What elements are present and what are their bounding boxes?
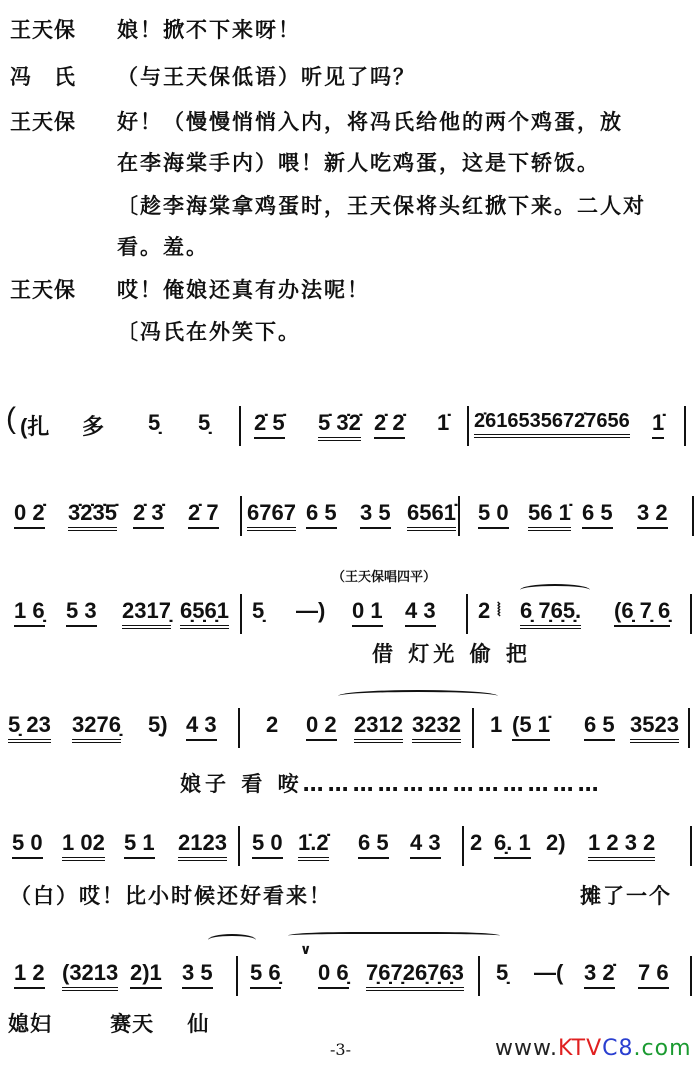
note-token: 2123 xyxy=(178,830,227,861)
note-token: (扎 xyxy=(20,410,49,441)
dialogue-text: 娘！掀不下来呀！ xyxy=(117,14,301,44)
note-token: 1 2 3 2 xyxy=(588,830,655,861)
barline xyxy=(690,956,692,996)
note-token: 5 3 xyxy=(66,598,97,627)
note-token: 6561̇ xyxy=(407,500,456,531)
note-token: 2̇616535672̇7656 xyxy=(474,410,630,438)
dialogue-line: 王天保 哎！俺娘还真有办法呢！ xyxy=(0,274,700,310)
lyrics-line: 借 灯光 偷 把 xyxy=(372,638,531,668)
barline xyxy=(238,826,240,866)
note-row: 1 6̣ 5 3 2317̣ 6̣5̣6̣1 5̣ —) 0 1 4 3 2 ⦚… xyxy=(0,598,700,638)
slur-mark xyxy=(338,690,498,702)
note-token: 6̣. 1 xyxy=(494,830,531,859)
note-token: 3276̣ xyxy=(72,712,121,743)
stage-direction-text: 〔冯氏在外笑下。 xyxy=(117,316,301,346)
note-token: 3 5 xyxy=(360,500,391,529)
note-token: 0 2̇ xyxy=(14,500,45,529)
note-token: 7̣6̣7̣26̣7̣6̣3 xyxy=(366,960,464,991)
watermark: www.KTVC8.com xyxy=(495,1036,692,1061)
note-token: 6 5 xyxy=(584,712,615,741)
note-token: 5 1 xyxy=(124,830,155,859)
arpeggio-icon: ⦚ xyxy=(497,600,501,621)
note-token: —( xyxy=(534,960,563,986)
lyrics-line: 娘子 看 咹……………………………… xyxy=(180,768,603,798)
lyrics-line: 媳妇 赛天 仙 xyxy=(8,1008,209,1038)
note-token: 3232 xyxy=(412,712,461,743)
note-token: 1̇ xyxy=(652,410,664,439)
note-token: 0 1 xyxy=(352,598,383,627)
speaker-name: 王天保 xyxy=(10,274,76,304)
barline xyxy=(239,406,241,446)
note-token: 1 2 xyxy=(14,960,45,989)
note-token: 6̣5̣6̣1 xyxy=(180,598,229,629)
stage-direction: 看。羞。 xyxy=(0,231,700,267)
note-token: 4 3 xyxy=(405,598,436,627)
note-token: 2312 xyxy=(354,712,403,743)
note-token: 1̇.2̇ xyxy=(298,830,329,861)
spoken-line: （白）哎！比小时候还好看来！ xyxy=(10,880,332,910)
barline xyxy=(240,496,242,536)
barline xyxy=(238,708,240,748)
note-token: 1 xyxy=(490,712,502,738)
note-token: 6̣ 7̣6̣5̣. xyxy=(520,598,581,629)
dialogue-text: 好！（慢慢悄悄入内，将冯氏给他的两个鸡蛋，放 xyxy=(117,106,623,136)
note-token: 多 xyxy=(82,410,104,441)
dialogue-text: 哎！俺娘还真有办法呢！ xyxy=(117,274,370,304)
slur-mark xyxy=(288,932,500,944)
note-token: 5̣) xyxy=(148,712,168,738)
barline xyxy=(458,496,460,536)
note-token: 5̣ xyxy=(496,960,508,986)
note-token: 6 5 xyxy=(306,500,337,529)
note-row: 5 0 1 02 5 1 2123 5 0 1̇.2̇ 6 5 4 3 2 6̣… xyxy=(0,830,700,870)
note-token: —) xyxy=(296,598,325,624)
page-number: -3- xyxy=(330,1040,351,1059)
note-token: 2 xyxy=(478,598,490,624)
note-token: 5̣ xyxy=(198,410,210,436)
note-token: 2317̣ xyxy=(122,598,171,629)
note-token: 4 3 xyxy=(410,830,441,859)
note-token: 6 5 xyxy=(358,830,389,859)
barline xyxy=(692,496,694,536)
note-token: 1 6̣ xyxy=(14,598,45,627)
note-token: 2 xyxy=(266,712,278,738)
note-token: 5̣ xyxy=(148,410,160,436)
barline xyxy=(466,594,468,634)
barline xyxy=(472,708,474,748)
note-token: 0 6̣ xyxy=(318,960,349,989)
note-token: 3523 xyxy=(630,712,679,743)
barline xyxy=(467,406,469,446)
open-paren: ( xyxy=(6,402,16,436)
note-token: 5 6̣ xyxy=(250,960,281,989)
note-token: 6 5 xyxy=(582,500,613,529)
note-token: 5̣ 23 xyxy=(8,712,51,743)
note-token: 2) xyxy=(546,830,566,856)
note-token: 5̣ xyxy=(252,598,264,624)
dialogue-line: 冯 氏 （与王天保低语）听见了吗？ xyxy=(0,61,700,97)
lyrics-line: 摊了一个 xyxy=(580,880,672,910)
stage-direction-text: 〔趁李海棠拿鸡蛋时，王天保将头红掀下来。二人对 xyxy=(117,190,646,220)
stage-direction: 〔趁李海棠拿鸡蛋时，王天保将头红掀下来。二人对 xyxy=(0,190,700,226)
note-token: 6767 xyxy=(247,500,296,531)
note-token: 1̇ xyxy=(437,410,449,436)
speaker-name: 王天保 xyxy=(10,14,76,44)
note-token: 56 1̇ xyxy=(528,500,571,531)
stage-direction: 〔冯氏在外笑下。 xyxy=(0,316,700,352)
barline xyxy=(688,708,690,748)
stage-direction-text: 看。羞。 xyxy=(117,231,209,261)
note-token: 2̇ 3̇ xyxy=(133,500,164,529)
watermark-brand-blue: C8 xyxy=(602,1036,633,1061)
slur-mark xyxy=(208,934,256,946)
slur-mark xyxy=(520,584,590,596)
breath-mark-icon: ∨ xyxy=(300,942,311,958)
barline xyxy=(690,594,692,634)
note-token: 2 xyxy=(470,830,482,856)
note-token: 5 0 xyxy=(478,500,509,529)
dialogue-text: （与王天保低语）听见了吗？ xyxy=(117,61,416,91)
barline xyxy=(690,826,692,866)
note-token: (6̣ 7̣ 6̣ xyxy=(614,598,670,627)
barline xyxy=(478,956,480,996)
dialogue-line: 王天保 娘！掀不下来呀！ xyxy=(0,14,700,50)
note-token: 5̇ 3̇2̇ xyxy=(318,410,361,441)
barline xyxy=(462,826,464,866)
note-token: (5 1̇ xyxy=(512,712,550,741)
note-token: 3 5 xyxy=(182,960,213,989)
note-token: 7 6 xyxy=(638,960,669,989)
note-token: 2̇ 2̇ xyxy=(374,410,405,439)
note-row: ( (扎 多 5̣ 5̣ 2̇ 5̇ 5̇ 3̇2̇ 2̇ 2̇ 1̇ 2̇61… xyxy=(0,410,700,450)
note-token: 0 2 xyxy=(306,712,337,741)
note-token: 1 02 xyxy=(62,830,105,861)
singing-annotation: （王天保唱四平） xyxy=(332,566,436,585)
dialogue-text: 在李海棠手内）喂！新人吃鸡蛋，这是下轿饭。 xyxy=(117,147,600,177)
watermark-prefix: www. xyxy=(495,1036,558,1061)
speaker-name: 王天保 xyxy=(10,106,76,136)
note-token: 5 0 xyxy=(12,830,43,859)
watermark-brand-red: KTV xyxy=(558,1036,602,1061)
dialogue-line: 王天保 好！（慢慢悄悄入内，将冯氏给他的两个鸡蛋，放 xyxy=(0,106,700,142)
note-token: 3 2̇ xyxy=(584,960,615,989)
watermark-suffix: .com xyxy=(634,1036,692,1061)
speaker-name: 冯 氏 xyxy=(10,61,76,91)
note-token: 4 3 xyxy=(186,712,217,741)
note-row: 0 2̇ 3̇2̇3̇5̇ 2̇ 3̇ 2̇ 7 6767 6 5 3 5 65… xyxy=(0,500,700,540)
note-row: 1 2 (3213 2)1 3 5 5 6̣ 0 6̣ 7̣6̣7̣26̣7̣6… xyxy=(0,960,700,1000)
note-token: 3̇2̇3̇5̇ xyxy=(68,500,117,531)
note-token: 3 2 xyxy=(637,500,668,529)
barline xyxy=(236,956,238,996)
note-token: 2̇ 7 xyxy=(188,500,219,529)
dialogue-line: 在李海棠手内）喂！新人吃鸡蛋，这是下轿饭。 xyxy=(0,147,700,183)
note-token: (3213 xyxy=(62,960,118,991)
barline xyxy=(240,594,242,634)
note-token: 2̇ 5̇ xyxy=(254,410,285,439)
note-token: 5 0 xyxy=(252,830,283,859)
note-row: 5̣ 23 3276̣ 5̣) 4 3 2 0 2 2312 3232 1 (5… xyxy=(0,712,700,752)
note-token: 2)1 xyxy=(130,960,162,989)
barline xyxy=(684,406,686,446)
